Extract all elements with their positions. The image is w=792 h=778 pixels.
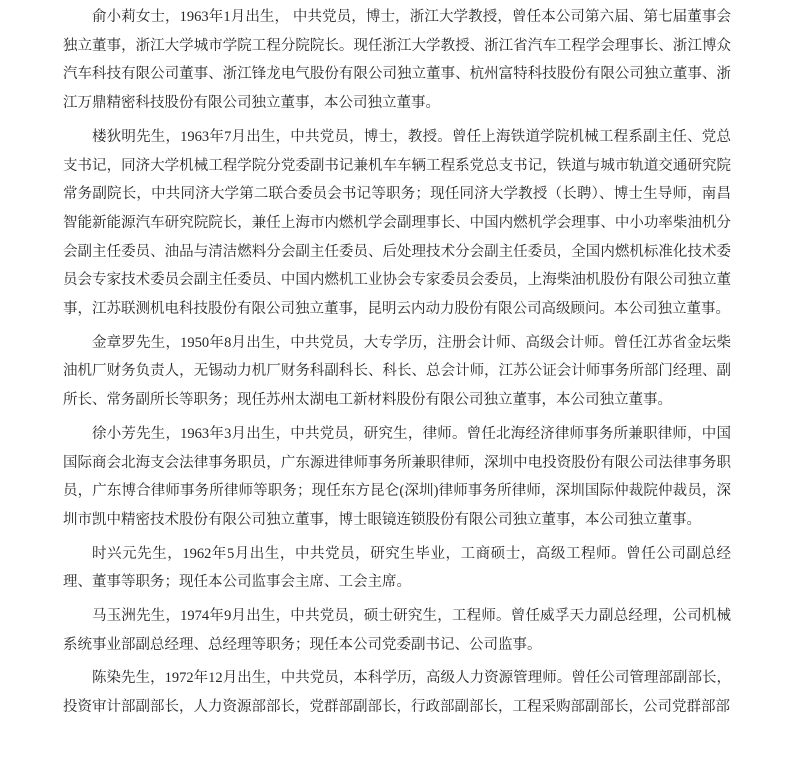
bio-paragraph-ma-yuzhou: 马玉洲先生，1974年9月出生，中共党员，硕士研究生，工程师。曾任威孚天力副总经… xyxy=(63,602,731,659)
bio-paragraph-jin-zhangluo: 金章罗先生，1950年8月出生，中共党员，大专学历，注册会计师、高级会计师。曾任… xyxy=(63,329,731,415)
bio-paragraph-xu-xiaofang: 徐小芳先生，1963年3月出生，中共党员，研究生，律师。曾任北海经济律师事务所兼… xyxy=(63,420,731,535)
bio-paragraph-chen-ran: 陈染先生，1972年12月出生，中共党员，本科学历，高级人力资源管理师。曾任公司… xyxy=(63,664,731,721)
bio-paragraph-yu-xiaoli: 俞小莉女士，1963年1月出生， 中共党员，博士，浙江大学教授，曾任本公司第六届… xyxy=(63,3,731,118)
document-page: 俞小莉女士，1963年1月出生， 中共党员，博士，浙江大学教授，曾任本公司第六届… xyxy=(0,0,792,778)
bio-paragraph-shi-xingyuan: 时兴元先生，1962年5月出生，中共党员，研究生毕业，工商硕士，高级工程师。曾任… xyxy=(63,540,731,597)
bio-paragraph-lou-diming: 楼狄明先生，1963年7月出生，中共党员，博士，教授。曾任上海铁道学院机械工程系… xyxy=(63,123,731,324)
